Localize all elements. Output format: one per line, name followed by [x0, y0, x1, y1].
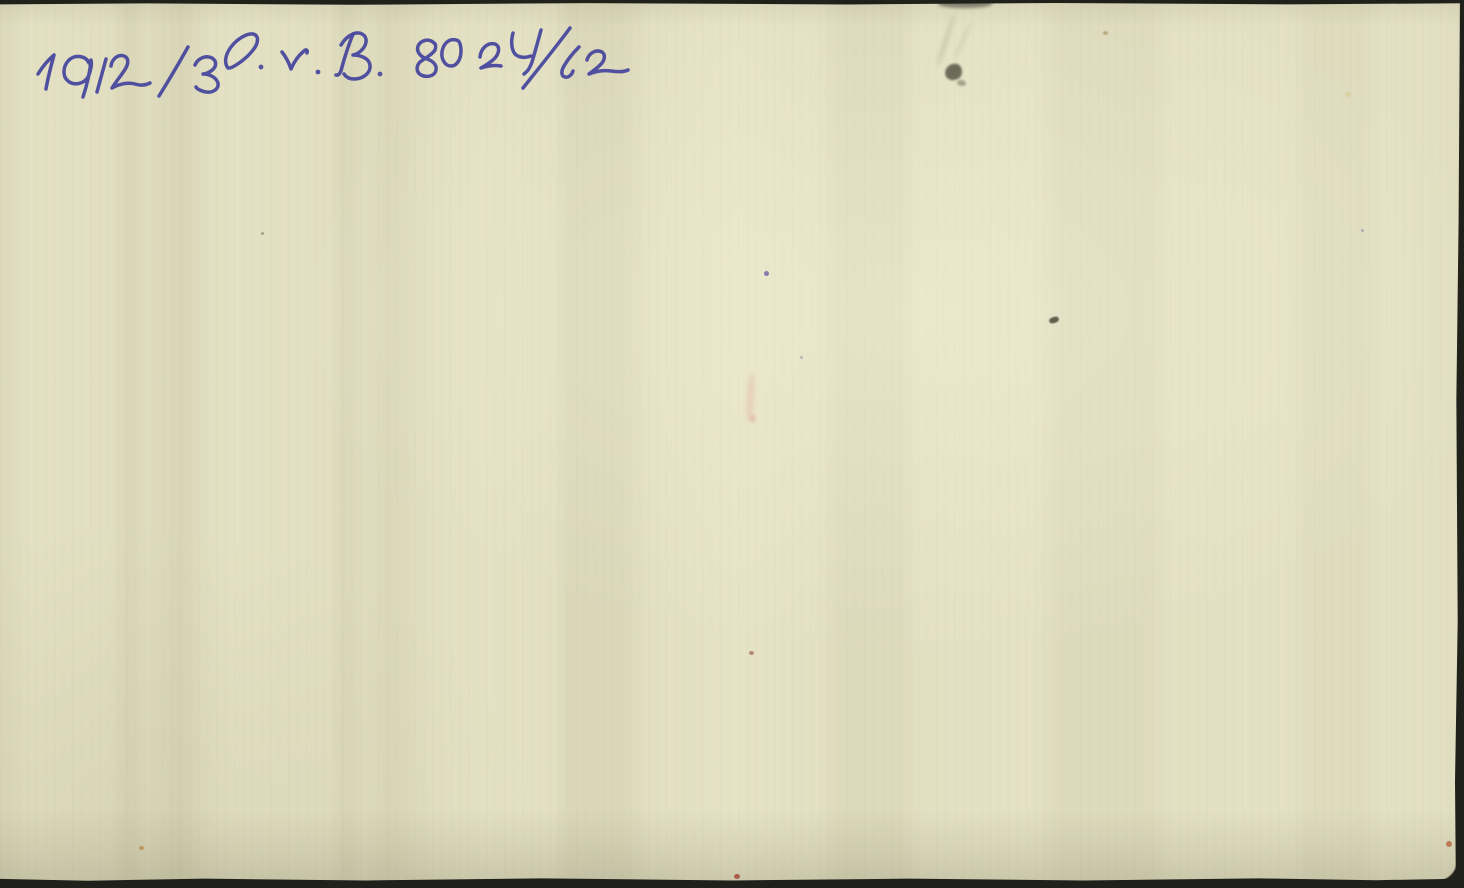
violet-speck-center: [800, 356, 803, 359]
red-speck-center: [749, 651, 754, 655]
dark-dot-left: [261, 232, 264, 235]
orange-speck-bottom: [139, 846, 144, 850]
red-speck-bottom-right: [1446, 841, 1452, 847]
red-speck-bottom-left: [734, 874, 740, 879]
ink-strokes: [38, 28, 628, 97]
pink-stain-blob: [750, 414, 756, 423]
paper-texture: [0, 0, 1464, 888]
brown-speck-top: [1103, 31, 1108, 35]
purple-ink-dot: [764, 271, 769, 276]
card-rounded-corner: [1436, 860, 1464, 888]
card-paper: 1912/3 P. v. B. 8024/52: [0, 0, 1464, 888]
yellow-spot-right: [1345, 92, 1351, 97]
purple-speck-right: [1361, 229, 1364, 232]
handwritten-annotation: 1912/3 P. v. B. 8024/52: [0, 0, 660, 130]
scanned-card: 1912/3 P. v. B. 8024/52: [0, 0, 1464, 888]
